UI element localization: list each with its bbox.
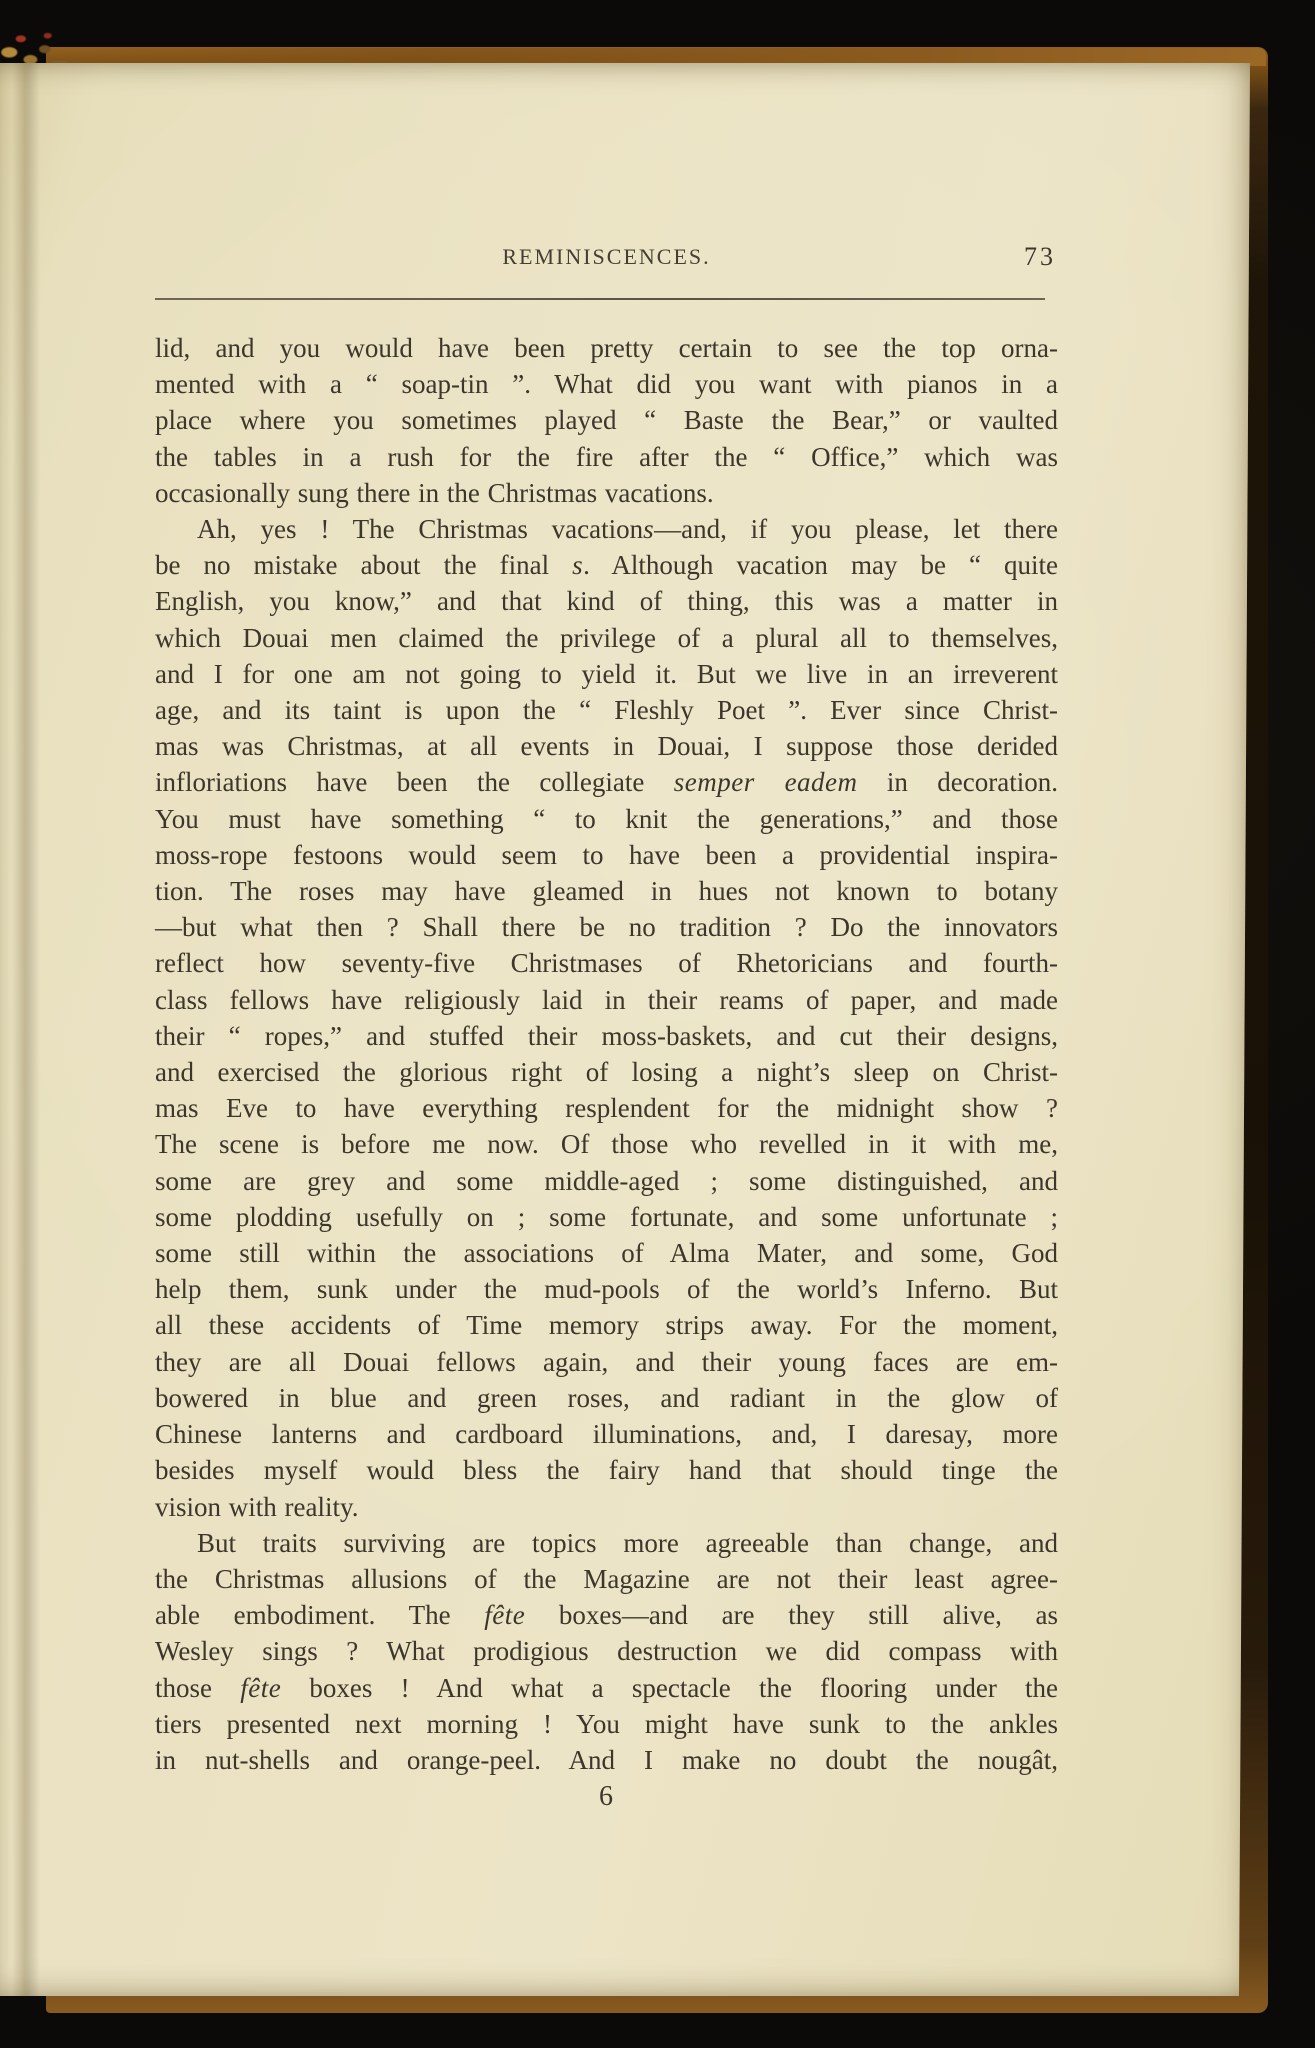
text-line: some still within the associations of Al… — [155, 1235, 1058, 1271]
text-line: bowered in blue and green roses, and rad… — [155, 1380, 1058, 1416]
paragraph: lid, and you would have been pretty cert… — [155, 330, 1058, 511]
text-line: their “ ropes,” and stuffed their moss-b… — [155, 1018, 1058, 1054]
body-text: lid, and you would have been pretty cert… — [155, 330, 1058, 1815]
text-line: able embodiment. The fête boxes—and are … — [155, 1597, 1058, 1633]
text-line: the tables in a rush for the fire after … — [155, 439, 1058, 475]
text-line: vision with reality. — [155, 1489, 1058, 1525]
text-line: some plodding usefully on ; some fortuna… — [155, 1199, 1058, 1235]
text-line: Chinese lanterns and cardboard illuminat… — [155, 1416, 1058, 1452]
text-line: Wesley sings ? What prodigious destructi… — [155, 1633, 1058, 1669]
running-title: REMINISCENCES. — [502, 244, 710, 269]
header-rule — [155, 298, 1045, 300]
text-line: English, you know,” and that kind of thi… — [155, 583, 1058, 619]
text-line: Ah, yes ! The Christmas vacations—and, i… — [155, 511, 1058, 547]
paragraph: Ah, yes ! The Christmas vacations—and, i… — [155, 511, 1058, 1525]
text-line: occasionally sung there in the Christmas… — [155, 475, 1058, 511]
text-line: and exercised the glorious right of losi… — [155, 1054, 1058, 1090]
text-line: they are all Douai fellows again, and th… — [155, 1344, 1058, 1380]
text-line: which Douai men claimed the privilege of… — [155, 620, 1058, 656]
text-line: reflect how seventy-five Christmases of … — [155, 945, 1058, 981]
text-line: and I for one am not going to yield it. … — [155, 656, 1058, 692]
scan-background: REMINISCENCES. 73 lid, and you would hav… — [0, 0, 1315, 2048]
text-line: —but what then ? Shall there be no tradi… — [155, 909, 1058, 945]
text-line: class fellows have religiously laid in t… — [155, 982, 1058, 1018]
text-line: You must have something “ to knit the ge… — [155, 801, 1058, 837]
text-line: be no mistake about the final s. Althoug… — [155, 547, 1058, 583]
text-line: the Christmas allusions of the Magazine … — [155, 1561, 1058, 1597]
text-line: some are grey and some middle-aged ; som… — [155, 1163, 1058, 1199]
signature-mark: 6 — [155, 1779, 1058, 1815]
text-line: besides myself would bless the fairy han… — [155, 1452, 1058, 1488]
text-line: tiers presented next morning ! You might… — [155, 1706, 1058, 1742]
text-line: mas Eve to have everything resplendent f… — [155, 1090, 1058, 1126]
text-line: lid, and you would have been pretty cert… — [155, 330, 1058, 366]
text-line: age, and its taint is upon the “ Fleshly… — [155, 692, 1058, 728]
text-line: all these accidents of Time memory strip… — [155, 1307, 1058, 1343]
text-line: moss-rope festoons would seem to have be… — [155, 837, 1058, 873]
text-line: tion. The roses may have gleamed in hues… — [155, 873, 1058, 909]
page-header: REMINISCENCES. 73 — [155, 244, 1058, 270]
body-text-paragraphs: lid, and you would have been pretty cert… — [155, 330, 1058, 1778]
text-line: help them, sunk under the mud-pools of t… — [155, 1271, 1058, 1307]
headband-threads-decoration — [0, 18, 88, 70]
page-number: 73 — [1024, 242, 1056, 272]
text-line: those fête boxes ! And what a spectacle … — [155, 1670, 1058, 1706]
text-line: The scene is before me now. Of those who… — [155, 1126, 1058, 1162]
text-line: mas was Christmas, at all events in Doua… — [155, 728, 1058, 764]
text-line: mented with a “ soap-tin ”. What did you… — [155, 366, 1058, 402]
book-page: REMINISCENCES. 73 lid, and you would hav… — [0, 63, 1250, 1996]
text-line: infloriations have been the collegiate s… — [155, 764, 1058, 800]
page-gutter-crease — [12, 63, 40, 1996]
text-line: But traits surviving are topics more agr… — [155, 1525, 1058, 1561]
text-line: in nut-shells and orange-peel. And I mak… — [155, 1742, 1058, 1778]
paragraph: But traits surviving are topics more agr… — [155, 1525, 1058, 1778]
text-line: place where you sometimes played “ Baste… — [155, 402, 1058, 438]
